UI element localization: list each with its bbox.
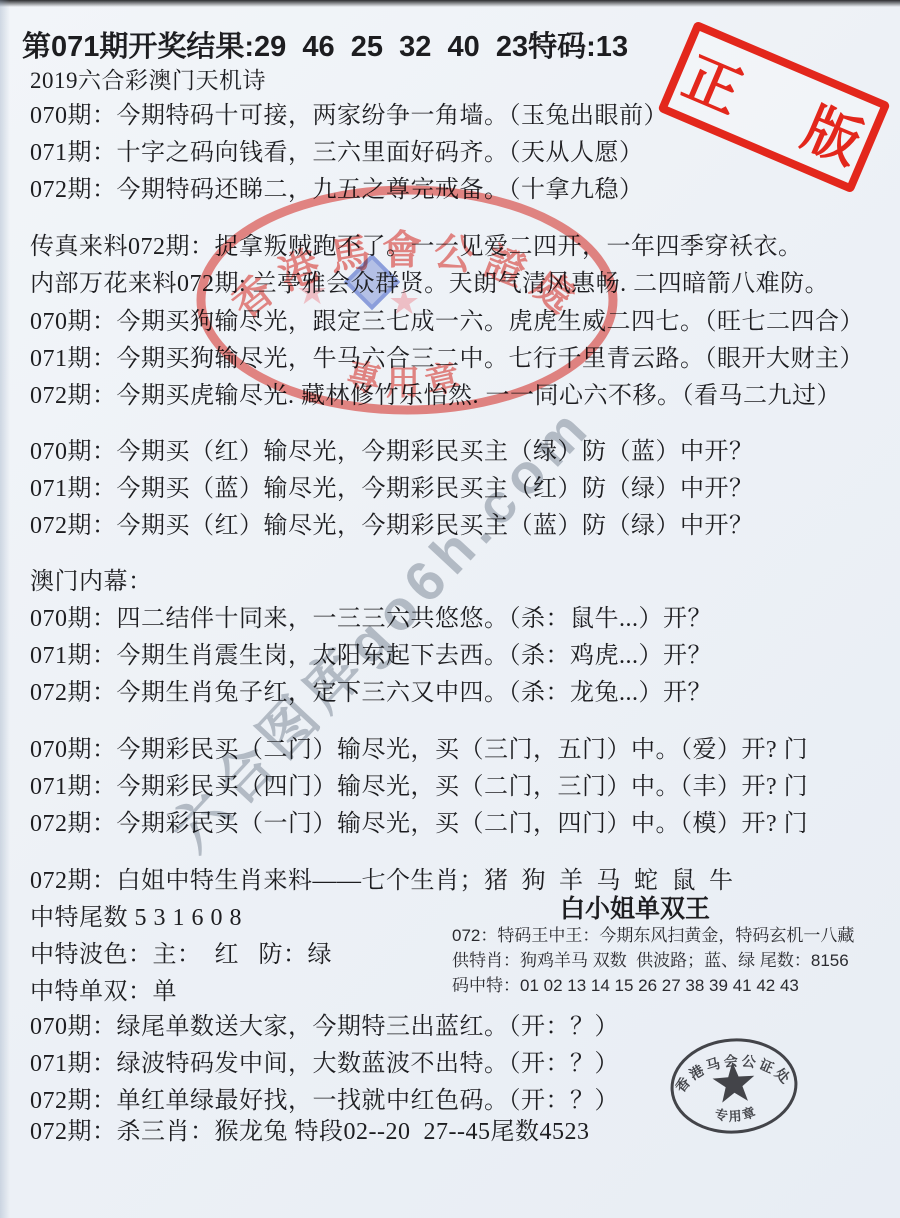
poem-title: 2019六合彩澳门天机诗 bbox=[30, 66, 266, 96]
black-oval-seal: 香港马会公证处 专用章 bbox=[648, 1018, 820, 1153]
svg-text:专用章: 专用章 bbox=[712, 1103, 759, 1125]
poem-line: 071期：十字之码向钱看，三六里面好码齐。（天从人愿） bbox=[30, 138, 644, 168]
macau-insider-title: 澳门内幕： bbox=[30, 567, 153, 597]
poem-line: 070期：今期特码十可接，两家纷争一角墙。（玉兔出眼前） bbox=[30, 101, 668, 131]
red-oval-seal: 香港馬會公證處 專用章 bbox=[182, 178, 634, 422]
svg-text:專用章: 專用章 bbox=[343, 355, 471, 402]
lottery-tip-sheet: ★ ★ 第071期开奖结果:29 46 25 32 40 23特码:13 201… bbox=[0, 0, 900, 1218]
wave-color-line: 中特波色：主： 红 防：绿 bbox=[30, 940, 332, 970]
color-tip-line: 070期：今期买（红）输尽光，今期彩民买主（绿）防（蓝）中开？ bbox=[30, 437, 754, 467]
black-seal-bottom-text: 专用章 bbox=[712, 1103, 759, 1125]
bottom-tip-line: 070期：绿尾单数送大家，今期特三出蓝红。（开：？） bbox=[30, 1012, 619, 1042]
special-numbers-line: 码中特：01 02 13 14 15 26 27 38 39 41 42 43 bbox=[452, 974, 799, 998]
special-zodiac-line: 供特肖：狗鸡羊马 双数 供波路；蓝、绿 尾数：8156 bbox=[452, 949, 849, 973]
scan-edge-top bbox=[0, 0, 900, 7]
red-seal-top-text: 香港馬會公證處 bbox=[223, 228, 590, 328]
door-tip-line: 070期：今期彩民买（二门）输尽光，买（三门，五门）中。（爱）开? 门 bbox=[30, 735, 808, 765]
odd-even-line: 中特单双：单 bbox=[30, 977, 177, 1007]
scan-edge-left bbox=[0, 0, 10, 1218]
draw-result-headline: 第071期开奖结果:29 46 25 32 40 23特码:13 bbox=[22, 24, 628, 65]
color-tip-line: 072期：今期买（红）输尽光，今期彩民买主（蓝）防（绿）中开？ bbox=[30, 511, 754, 541]
wangzhongwang-line: 072：特码王中王：今期东风扫黄金，特码玄机一八藏 bbox=[452, 924, 854, 948]
tail-numbers-line: 中特尾数 5 3 1 6 0 8 bbox=[30, 903, 242, 933]
red-seal-bottom-text: 專用章 bbox=[343, 355, 471, 402]
bottom-tip-line: 072期：单红单绿最好找，一找就中红色码。（开：？） bbox=[30, 1086, 619, 1116]
svg-text:香港馬會公證處: 香港馬會公證處 bbox=[223, 228, 590, 328]
kill-zodiac-line: 072期：杀三肖：猴龙兔 特段02--20 27--45尾数4523 bbox=[30, 1117, 589, 1147]
color-tip-line: 071期：今期买（蓝）输尽光，今期彩民买主（红）防（绿）中开？ bbox=[30, 474, 754, 504]
genuine-stamp: 正 版 bbox=[657, 20, 890, 193]
door-tip-line: 072期：今期彩民买（一门）输尽光，买（二门，四门）中。（模）开? 门 bbox=[30, 809, 808, 839]
baixiaojie-heading: 白小姐单双王 bbox=[560, 889, 710, 925]
bottom-tip-line: 071期：绿波特码发中间，大数蓝波不出特。（开：？） bbox=[30, 1049, 619, 1079]
door-tip-line: 071期：今期彩民买（四门）输尽光，买（二门，三门）中。（丰）开? 门 bbox=[30, 772, 808, 802]
